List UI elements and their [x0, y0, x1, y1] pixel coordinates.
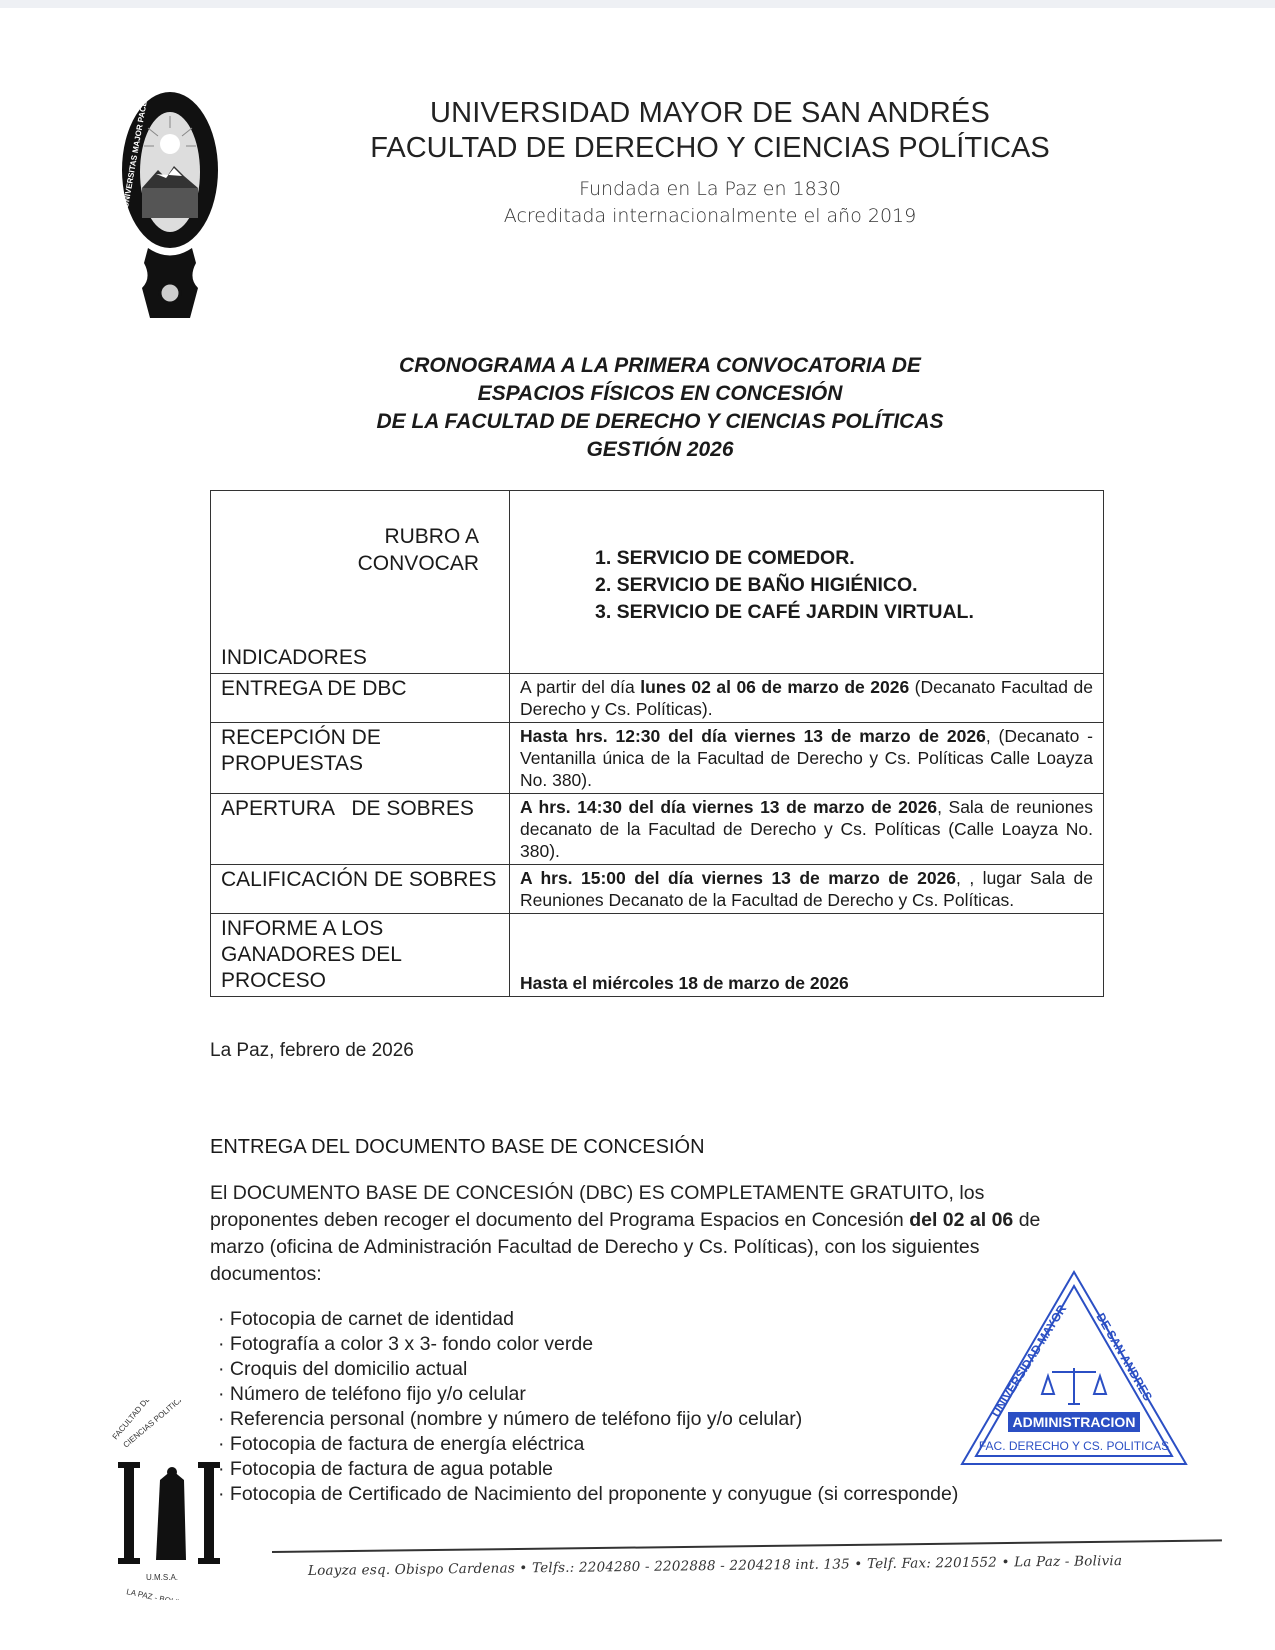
row-label: CALIFICACIÓN DE SOBRES — [211, 865, 510, 914]
faculty-stamp: FACULTAD DE DERECHO CIENCIAS POLITICAS U… — [112, 1400, 232, 1600]
rubro-item: 2. SERVICIO DE BAÑO HIGIÉNICO. — [595, 572, 974, 599]
row-value: Hasta hrs. 12:30 del día viernes 13 de m… — [510, 723, 1104, 794]
rubro-value-cell: 1. SERVICIO DE COMEDOR. 2. SERVICIO DE B… — [510, 491, 1104, 674]
title-line-2: ESPACIOS FÍSICOS EN CONCESIÓN — [300, 380, 1020, 408]
table-row-rubro: RUBRO A CONVOCAR INDICADORES 1. SERVICIO… — [211, 491, 1104, 674]
list-item: Fotocopia de Certificado de Nacimiento d… — [218, 1482, 958, 1507]
table-row: RECEPCIÓN DE PROPUESTAS Hasta hrs. 12:30… — [211, 723, 1104, 794]
indicadores-label: INDICADORES — [221, 645, 367, 671]
faculty-name: FACULTAD DE DERECHO Y CIENCIAS POLÍTICAS — [330, 130, 1090, 166]
university-name: UNIVERSIDAD MAYOR DE SAN ANDRÉS — [330, 96, 1090, 130]
rubro-item: 1. SERVICIO DE COMEDOR. — [595, 545, 974, 572]
list-item: Fotocopia de factura de agua potable — [218, 1457, 958, 1482]
svg-text:UNIVERSIDAD MAYOR: UNIVERSIDAD MAYOR — [989, 1302, 1070, 1420]
row-value: A hrs. 15:00 del día viernes 13 de marzo… — [510, 865, 1104, 914]
row-label: APERTURA DE SOBRES — [211, 794, 510, 865]
section-title: ENTREGA DEL DOCUMENTO BASE DE CONCESIÓN — [210, 1136, 705, 1159]
rubro-label: RUBRO A CONVOCAR — [358, 523, 479, 577]
svg-text:DE SAN ANDRES: DE SAN ANDRES — [1093, 1311, 1155, 1404]
city-date: La Paz, febrero de 2026 — [210, 1040, 414, 1062]
rubro-item: 3. SERVICIO DE CAFÉ JARDIN VIRTUAL. — [595, 599, 974, 626]
row-label: INFORME A LOS GANADORES DEL PROCESO — [211, 914, 510, 997]
footer-address: Loayza esq. Obispo Cardenas • Telfs.: 22… — [308, 1553, 1122, 1579]
document-title: CRONOGRAMA A LA PRIMERA CONVOCATORIA DE … — [300, 352, 1020, 464]
row-label: ENTREGA DE DBC — [211, 674, 510, 723]
table-row: CALIFICACIÓN DE SOBRES A hrs. 15:00 del … — [211, 865, 1104, 914]
section-paragraph: El DOCUMENTO BASE DE CONCESIÓN (DBC) ES … — [210, 1180, 1070, 1288]
table-row: APERTURA DE SOBRES A hrs. 14:30 del día … — [211, 794, 1104, 865]
svg-text:FAC. DERECHO Y CS. POLITICAS: FAC. DERECHO Y CS. POLITICAS — [979, 1439, 1169, 1453]
accredited-line: Acreditada internacionalmente el año 201… — [330, 203, 1090, 230]
title-line-3: DE LA FACULTAD DE DERECHO Y CIENCIAS POL… — [300, 408, 1020, 436]
svg-text:CIENCIAS POLITICAS: CIENCIAS POLITICAS — [122, 1400, 190, 1450]
schedule-table: RUBRO A CONVOCAR INDICADORES 1. SERVICIO… — [210, 490, 1104, 997]
list-item: Referencia personal (nombre y número de … — [218, 1407, 958, 1432]
row-label: RECEPCIÓN DE PROPUESTAS — [211, 723, 510, 794]
row-value: A hrs. 14:30 del día viernes 13 de marzo… — [510, 794, 1104, 865]
table-row: ENTREGA DE DBC A partir del día lunes 02… — [211, 674, 1104, 723]
page-top-edge — [0, 0, 1275, 8]
footer-divider — [272, 1539, 1222, 1553]
list-item: Fotocopia de carnet de identidad — [218, 1307, 958, 1332]
administration-stamp: ADMINISTRACION FAC. DERECHO Y CS. POLITI… — [958, 1268, 1190, 1478]
row-value: A partir del día lunes 02 al 06 de marzo… — [510, 674, 1104, 723]
row-value: Hasta el miércoles 18 de marzo de 2026 — [510, 914, 1104, 997]
founded-line: Fundada en La Paz en 1830 — [330, 176, 1090, 203]
rubro-label-cell: RUBRO A CONVOCAR INDICADORES — [211, 491, 510, 674]
list-item: Fotografía a color 3 x 3- fondo color ve… — [218, 1332, 958, 1357]
list-item: Número de teléfono fijo y/o celular — [218, 1382, 958, 1407]
rubro-list: 1. SERVICIO DE COMEDOR. 2. SERVICIO DE B… — [595, 545, 974, 626]
title-line-1: CRONOGRAMA A LA PRIMERA CONVOCATORIA DE — [300, 352, 1020, 380]
list-item: Croquis del domicilio actual — [218, 1357, 958, 1382]
letterhead: UNIVERSIDAD MAYOR DE SAN ANDRÉS FACULTAD… — [330, 96, 1090, 230]
svg-text:U.M.S.A.: U.M.S.A. — [146, 1573, 178, 1582]
table-row: INFORME A LOS GANADORES DEL PROCESO Hast… — [211, 914, 1104, 997]
university-seal-logo: UNIVERSITAS MAJOR PACENSIS DIVI ANDRE — [118, 88, 223, 323]
title-line-4: GESTIÓN 2026 — [300, 436, 1020, 464]
svg-text:ADMINISTRACION: ADMINISTRACION — [1013, 1414, 1136, 1430]
svg-text:LA PAZ - BOLIVIA: LA PAZ - BOLIVIA — [126, 1587, 192, 1600]
requirements-list: Fotocopia de carnet de identidad Fotogra… — [218, 1307, 958, 1507]
list-item: Fotocopia de factura de energía eléctric… — [218, 1432, 958, 1457]
